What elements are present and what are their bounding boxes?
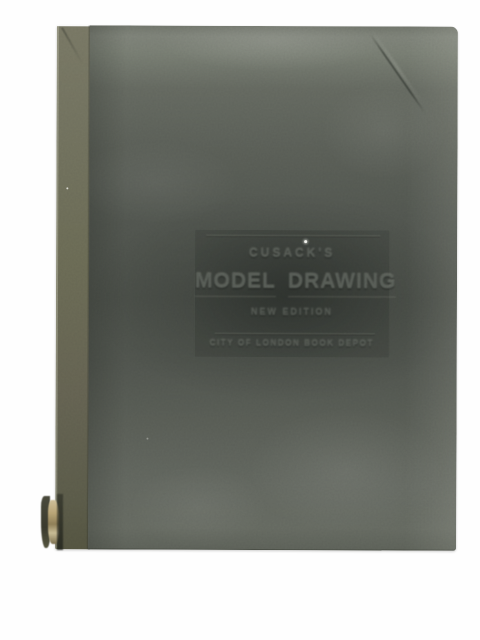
book: CUSACK'S MODELDRAWING NEW EDITION CITY O… xyxy=(55,25,458,550)
panel-top-rule xyxy=(206,235,380,238)
panel-bottom-rule xyxy=(215,333,375,336)
spine-dust-speck xyxy=(66,187,68,189)
embossed-publisher-text: CUSACK'S xyxy=(195,246,389,261)
worn-corner-shadow xyxy=(57,494,63,550)
embossed-title-text: MODELDRAWING xyxy=(195,270,389,298)
embossed-imprint-text: CITY OF LONDON BOOK DEPOT xyxy=(195,339,389,349)
worn-spine-tail xyxy=(41,494,63,550)
white-dust-speck xyxy=(304,240,307,243)
embossed-title-panel: CUSACK'S MODELDRAWING NEW EDITION CITY O… xyxy=(194,230,390,358)
small-dust-speck xyxy=(146,438,148,440)
title-word-drawing: DRAWING xyxy=(288,270,397,297)
embossed-edition-text: NEW EDITION xyxy=(195,307,389,318)
title-word-model: MODEL xyxy=(195,270,276,297)
book-front-cover: CUSACK'S MODELDRAWING NEW EDITION CITY O… xyxy=(88,25,458,550)
